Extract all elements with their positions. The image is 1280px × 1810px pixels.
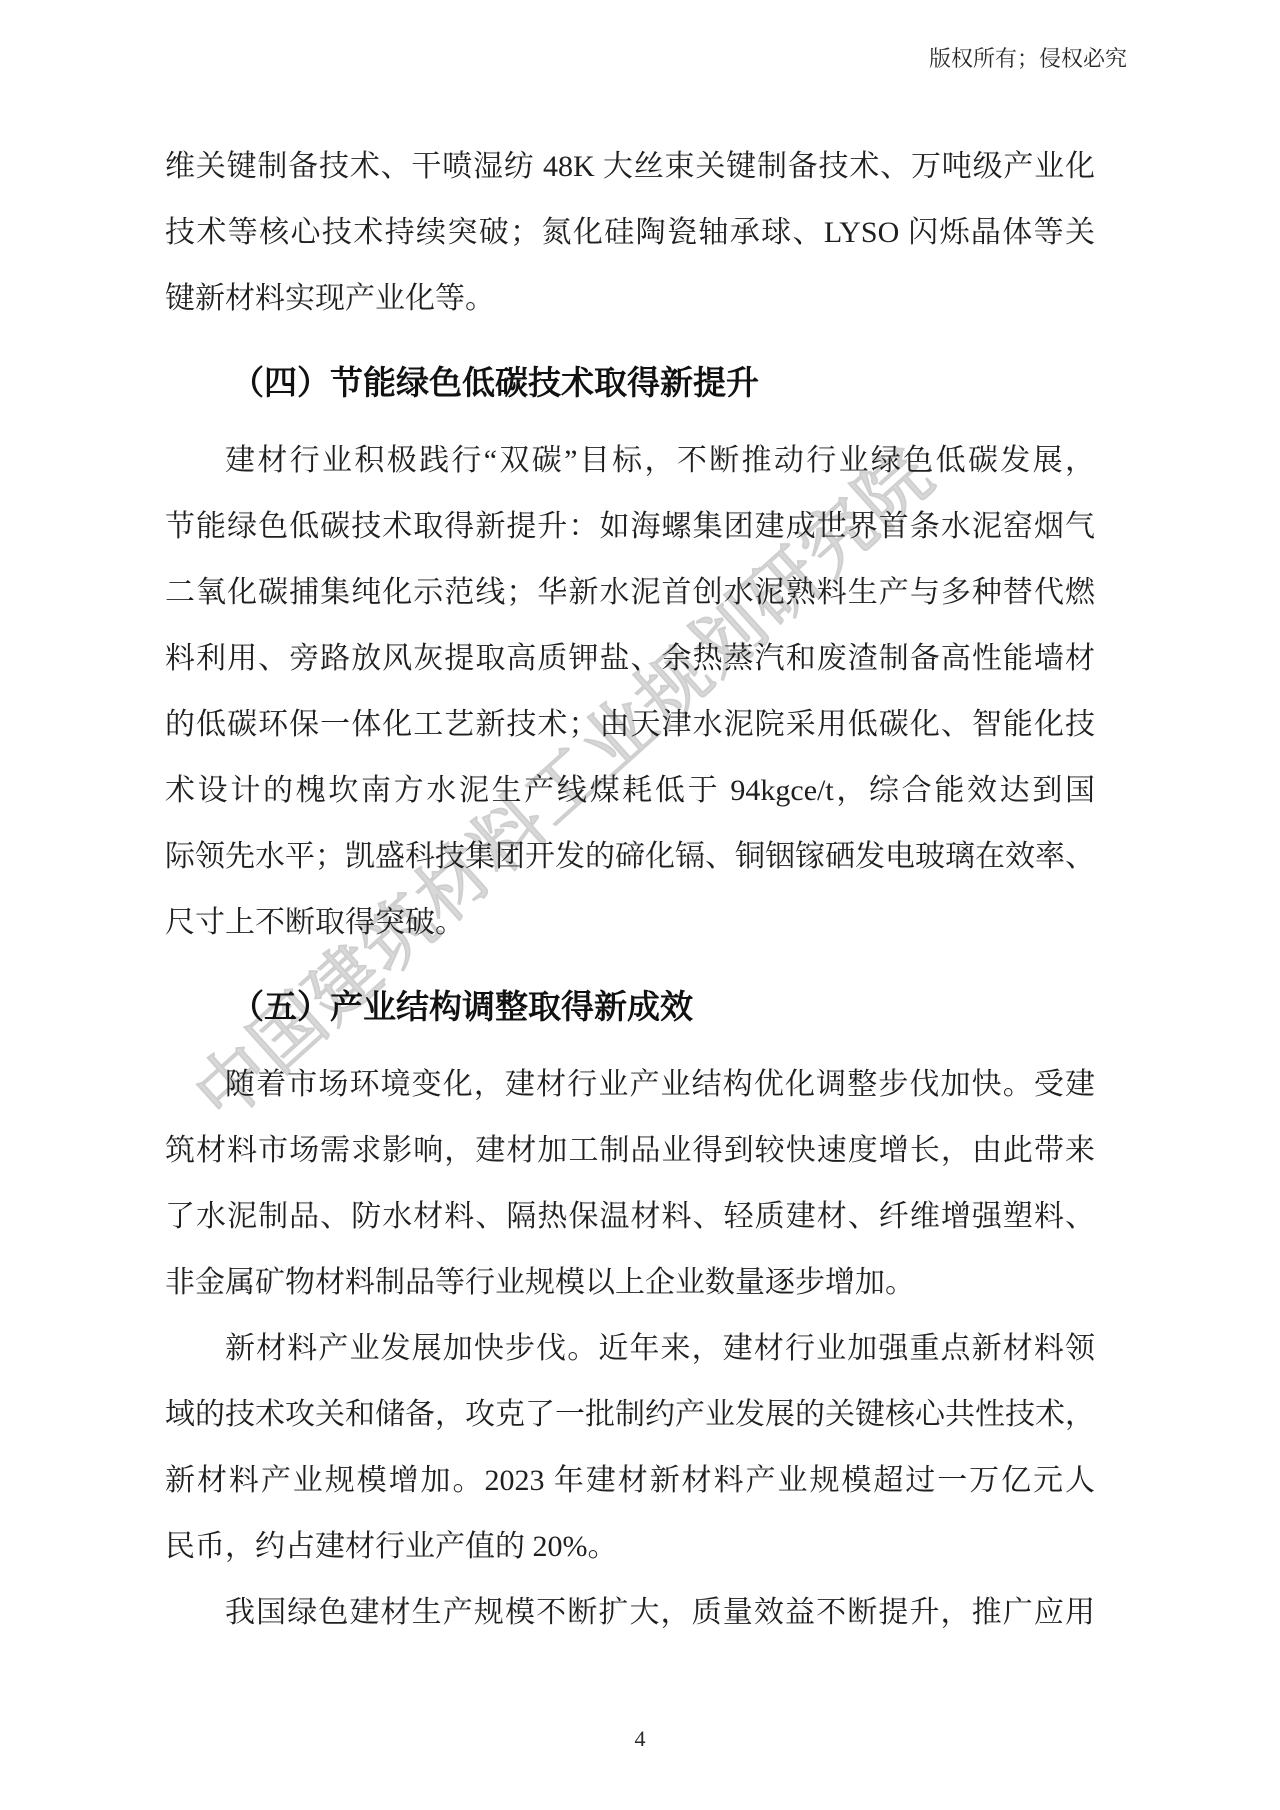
text-line: 建材行业积极践行“双碳”目标，不断推动行业绿色低碳发展， (165, 428, 1095, 494)
text-line: 二氧化碳捕集纯化示范线；华新水泥首创水泥熟料生产与多种替代燃 (165, 560, 1095, 626)
text-line: 了水泥制品、防水材料、隔热保温材料、轻质建材、纤维增强塑料、 (165, 1184, 1095, 1250)
document-body: 维关键制备技术、干喷湿纺 48K 大丝束关键制备技术、万吨级产业化技术等核心技术… (165, 134, 1095, 1646)
text-line: 节能绿色低碳技术取得新提升：如海螺集团建成世界首条水泥窑烟气 (165, 494, 1095, 560)
text-line: 技术等核心技术持续突破；氮化硅陶瓷轴承球、LYSO 闪烁晶体等关 (165, 200, 1095, 266)
section-heading: （四）节能绿色低碳技术取得新提升 (165, 350, 1095, 416)
copyright-notice: 版权所有；侵权必究 (929, 44, 1127, 74)
page-number: 4 (0, 1726, 1280, 1752)
text-line: 维关键制备技术、干喷湿纺 48K 大丝束关键制备技术、万吨级产业化 (165, 134, 1095, 200)
text-line: 我国绿色建材生产规模不断扩大，质量效益不断提升，推广应用 (165, 1580, 1095, 1646)
text-line: 的低碳环保一体化工艺新技术；由天津水泥院采用低碳化、智能化技 (165, 692, 1095, 758)
section-heading: （五）产业结构调整取得新成效 (165, 974, 1095, 1040)
text-line: 筑材料市场需求影响，建材加工制品业得到较快速度增长，由此带来 (165, 1118, 1095, 1184)
text-line: 料利用、旁路放风灰提取高质钾盐、余热蒸汽和废渣制备高性能墙材 (165, 626, 1095, 692)
text-line: 非金属矿物材料制品等行业规模以上企业数量逐步增加。 (165, 1250, 1095, 1316)
text-line: 新材料产业规模增加。2023 年建材新材料产业规模超过一万亿元人 (165, 1448, 1095, 1514)
text-line: 尺寸上不断取得突破。 (165, 890, 1095, 956)
text-line: 民币，约占建材行业产值的 20%。 (165, 1514, 1095, 1580)
text-line: 术设计的槐坎南方水泥生产线煤耗低于 94kgce/t，综合能效达到国 (165, 758, 1095, 824)
text-line: 域的技术攻关和储备，攻克了一批制约产业发展的关键核心共性技术， (165, 1382, 1095, 1448)
text-line: 随着市场环境变化，建材行业产业结构优化调整步伐加快。受建 (165, 1052, 1095, 1118)
document-page: 版权所有；侵权必究 中国建筑材料工业规划研究院 维关键制备技术、干喷湿纺 48K… (0, 0, 1280, 1810)
text-line: 际领先水平；凯盛科技集团开发的碲化镉、铜铟镓硒发电玻璃在效率、 (165, 824, 1095, 890)
text-line: 新材料产业发展加快步伐。近年来，建材行业加强重点新材料领 (165, 1316, 1095, 1382)
text-line: 键新材料实现产业化等。 (165, 266, 1095, 332)
